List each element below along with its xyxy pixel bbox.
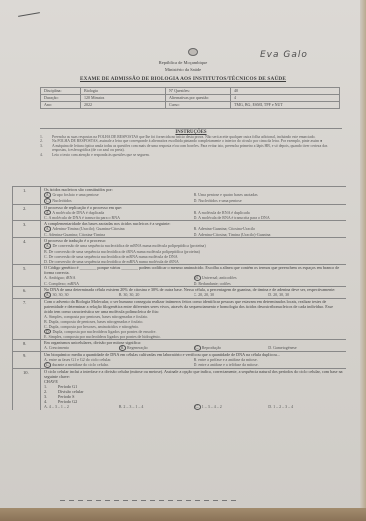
question-number: 7. <box>13 299 41 340</box>
answer-option[interactable]: D. 20, 30, 30 <box>268 292 343 298</box>
option-text: Simples, composta por nucleotídeos ligad… <box>48 334 160 339</box>
question-4: 4.O processo de tradução é o processo:A.… <box>13 237 346 264</box>
answer-options: A. CrescimentoB. RegeneraçãoC. Reproduçã… <box>44 345 343 351</box>
info-cell-label2: Alternativas por questão: <box>166 95 231 102</box>
option-text: Grupo fosfato e uma pentose <box>52 192 98 197</box>
question-stem: O Código genético é ________ porque vári… <box>44 265 343 275</box>
question-9: 9.Um bioquímico mediu a quantidade de DN… <box>13 351 346 368</box>
answer-options: A. Adenina-Timina (Uracilo); Guanina-Cit… <box>44 226 343 237</box>
option-letter: B. <box>119 292 123 297</box>
info-cell-value: 120 Minutos <box>81 95 166 102</box>
question-2: 2.O processo de replicação é o processo … <box>13 204 346 221</box>
question-number: 5. <box>13 265 41 286</box>
option-letter: D. <box>268 292 272 297</box>
answer-option[interactable]: C. A molécula de DNA é transcrita para o… <box>44 215 194 220</box>
answer-option[interactable]: C. Nucleótidos <box>44 198 194 204</box>
circled-option-letter: B. <box>119 345 126 351</box>
option-text: Complexo; mRNA <box>49 281 79 286</box>
option-text: Reprodução <box>202 345 221 350</box>
table-surface <box>0 508 366 521</box>
republic-line: República de Moçambique <box>0 60 366 65</box>
answer-options: A. Ambíguo; tRNAB. Universal; anticodões… <box>44 275 343 286</box>
option-text: De conversão de uma sequência nucleotídi… <box>52 243 205 248</box>
answer-option[interactable]: D. Nucleótidos e uma pentose <box>194 198 344 204</box>
answer-option[interactable]: C. Adenina-Guanina; Citosina-Timina <box>44 232 194 237</box>
option-text: Adenina-Guanina; Citosina-Timina <box>48 232 105 237</box>
answer-options: A. Grupo fosfato e uma pentoseB. Uma pen… <box>44 192 343 204</box>
emblem-icon <box>188 48 198 56</box>
option-text: 30, 30, 30 <box>52 292 68 297</box>
answer-options: A. 30, 30, 30B. 30, 30, 20C. 20, 20, 30D… <box>44 292 343 298</box>
question-body: O Código genético é ________ porque vári… <box>41 265 346 286</box>
info-cell-label2: Nº Questões: <box>166 88 231 95</box>
option-text: 20, 30, 30 <box>273 292 289 297</box>
answer-option[interactable]: D. Adenina-Citosina; Timina (Uracilo)-Gu… <box>194 232 344 237</box>
question-10: 10.O ciclo celular inclui a interfase e … <box>13 368 346 410</box>
answer-option[interactable]: C. 20, 20, 30 <box>194 292 269 298</box>
info-cell-label: Duração: <box>41 95 81 102</box>
question-number: 6. <box>13 287 41 298</box>
question-5: 5.O Código genético é ________ porque vá… <box>13 264 346 286</box>
option-text: 4 – 3 – 1 – 2 <box>49 404 69 409</box>
option-letter: D. <box>194 281 198 286</box>
answer-option[interactable]: D. entre a anáfase e a telófase da mitos… <box>194 362 344 368</box>
info-row: Duração:120 MinutosAlternativas por ques… <box>41 95 340 102</box>
question-body: O processo de tradução é o processo:A. D… <box>41 238 346 264</box>
answer-option[interactable]: C. Reprodução <box>194 345 269 351</box>
option-letter: E. <box>44 334 47 339</box>
question-stem: Com o advento da Biologia Molecular, o s… <box>44 299 343 314</box>
info-cell-value: 2022 <box>81 102 166 109</box>
option-text: A molécula de RNA é duplicada <box>198 210 250 215</box>
question-number: 1. <box>13 187 41 204</box>
answer-options: A. De conversão de uma sequência nucleot… <box>44 243 343 264</box>
paper-edge <box>360 0 366 508</box>
question-body: Em organismos unicelulares, divisão por … <box>41 340 346 351</box>
question-number: 10. <box>13 369 41 410</box>
option-letter: B. <box>194 226 198 231</box>
option-letter: A. <box>44 404 48 409</box>
option-letter: D. <box>44 259 48 264</box>
option-text: De conversão de uma sequência nucleotídi… <box>49 259 179 264</box>
option-letter: C. <box>194 292 198 297</box>
answer-option[interactable]: A. Crescimento <box>44 345 119 351</box>
instructions-section: INSTRUÇÕES 1.Preencha as suas respostas … <box>40 128 342 176</box>
question-7: 7.Com o advento da Biologia Molecular, o… <box>13 298 346 340</box>
answer-option[interactable]: B. 30, 30, 20 <box>119 292 194 298</box>
answer-option[interactable]: C. Complexo; mRNA <box>44 281 194 286</box>
circled-option-letter: A. <box>44 292 51 298</box>
info-cell-value2: TMG, BG, ESMI, TPF e NUT <box>231 102 340 109</box>
option-letter: C. <box>44 324 48 329</box>
option-letter: D. <box>194 198 198 203</box>
option-text: Adenina-Timina (Uracilo); Guanina-Citosi… <box>52 226 124 231</box>
answer-option[interactable]: D. 1 – 2 – 3 – 4 <box>268 404 343 410</box>
question-body: No DNA de uma determinada célula existem… <box>41 287 346 298</box>
instruction-number: 4. <box>40 153 52 157</box>
question-number: 3. <box>13 221 41 237</box>
option-letter: C. <box>44 281 48 286</box>
answer-option[interactable]: D. De conversão de uma sequência nucleot… <box>44 259 343 264</box>
option-text: A molécula de DNA é duplicada <box>52 210 104 215</box>
option-letter: D. <box>194 362 198 367</box>
option-letter: A. <box>44 275 48 280</box>
option-text: 2 – 3 – 1 – 4 <box>123 404 143 409</box>
answer-option[interactable]: E. Simples, composta por nucleotídeos li… <box>44 334 343 339</box>
question-stem: O ciclo celular inclui a interfase e a d… <box>44 369 343 379</box>
option-text: Dupla, composta por nucleotídeos ligados… <box>52 329 156 334</box>
option-text: Nucleótidos <box>52 198 71 203</box>
question-body: A complementaridade das bases azotadas n… <box>41 221 346 237</box>
info-row: Disciplina:BiologiaNº Questões:40 <box>41 88 340 95</box>
answer-option[interactable]: C. 1 – 3 – 4 – 2 <box>194 404 269 410</box>
question-3: 3.A complementaridade das bases azotadas… <box>13 220 346 237</box>
question-6: 6.No DNA de uma determinada célula exist… <box>13 286 346 298</box>
answer-option[interactable]: B. 2 – 3 – 1 – 4 <box>119 404 194 410</box>
question-number: 9. <box>13 352 41 368</box>
option-letter: D. <box>194 232 198 237</box>
answer-option[interactable]: A. 30, 30, 30 <box>44 292 119 298</box>
question-body: O processo de replicação é o processo em… <box>41 205 346 221</box>
answer-option[interactable]: C. durante a metáfase do ciclo celular. <box>44 362 194 368</box>
instruction-item: 3.A máquina de leitura óptica anula toda… <box>40 144 342 153</box>
info-cell-label2: Curso: <box>166 102 231 109</box>
answer-options: A. entre as fases G1 e G2 do ciclo celul… <box>44 357 343 368</box>
option-letter: B. <box>194 192 198 197</box>
option-letter: D. <box>268 345 272 350</box>
option-text: Universal; anticodões <box>202 275 237 280</box>
option-text: Redundante; codões <box>198 281 230 286</box>
ministry-line: Ministério da Saúde <box>0 67 366 72</box>
circled-option-letter: C. <box>194 345 201 351</box>
info-cell-value: Biologia <box>81 88 166 95</box>
answer-option[interactable]: D. A molécula de RNA é transcrita para o… <box>194 215 344 220</box>
option-text: Nucleótidos e uma pentose <box>198 198 241 203</box>
answer-options: A. 4 – 3 – 1 – 2B. 2 – 3 – 1 – 4C. 1 – 3… <box>44 404 343 410</box>
circled-option-letter: C. <box>44 362 51 368</box>
option-text: 30, 30, 20 <box>123 292 139 297</box>
question-body: Com o advento da Biologia Molecular, o s… <box>41 299 346 340</box>
option-text: Adenina-Citosina; Timina (Uracilo)-Guani… <box>198 232 270 237</box>
option-letter: D. <box>268 404 272 409</box>
option-letter: B. <box>194 210 198 215</box>
info-cell-value2: 40 <box>231 88 340 95</box>
answer-option[interactable]: A. 4 – 3 – 1 – 2 <box>44 404 119 410</box>
circled-option-letter: C. <box>194 404 201 410</box>
option-text: A molécula de RNA é transcrita para o DN… <box>198 215 270 220</box>
option-text: Regeneração <box>127 345 148 350</box>
option-letter: A. <box>44 345 48 350</box>
answer-options: A. A molécula de DNA é duplicadaB. A mol… <box>44 210 343 221</box>
option-text: Gametogénese <box>273 345 297 350</box>
instruction-number: 3. <box>40 144 52 153</box>
option-letter: B. <box>119 404 123 409</box>
option-text: Ambíguo; tRNA <box>49 275 76 280</box>
question-number: 4. <box>13 238 41 264</box>
option-text: Adenina-Guanina; Citosina-Uracilo <box>198 226 255 231</box>
exam-title: EXAME DE ADMISSÃO DE BIOLOGIA AOS INSTIT… <box>80 76 330 82</box>
question-body: Um bioquímico mediu a quantidade de DNA … <box>41 352 346 368</box>
info-cell-label: Ano: <box>41 102 81 109</box>
handwritten-name: Eva Galo <box>260 50 308 60</box>
answer-options: A. Simples, composta por pentoses, bases… <box>44 314 343 340</box>
answer-option[interactable]: B. Regeneração <box>119 345 194 351</box>
option-text: durante a metáfase do ciclo celular. <box>52 362 108 367</box>
question-body: O ciclo celular inclui a interfase e a d… <box>41 369 346 410</box>
answer-option[interactable]: D. Redundante; codões <box>194 281 344 286</box>
exam-info-table: Disciplina:BiologiaNº Questões:40Duração… <box>40 87 340 109</box>
question-number: 8. <box>13 340 41 351</box>
instruction-text: A máquina de leitura óptica anula todas … <box>52 144 342 153</box>
info-cell-value2: 4 <box>231 95 340 102</box>
option-text: Crescimento <box>49 345 69 350</box>
option-text: 1 – 3 – 4 – 2 <box>202 404 222 409</box>
scribble-mark <box>60 500 240 501</box>
option-text: Uma pentose e quatro bases azotadas <box>198 192 257 197</box>
answer-option[interactable]: D. Gametogénese <box>268 345 343 351</box>
question-body: Os ácidos nucleicos são constituídos por… <box>41 187 346 204</box>
option-text: A molécula de DNA é transcrita para o RN… <box>48 215 120 220</box>
info-cell-label: Disciplina: <box>41 88 81 95</box>
questions-list: 1.Os ácidos nucleicos são constituídos p… <box>12 186 346 410</box>
circled-option-letter: C. <box>44 198 51 204</box>
info-row: Ano:2022Curso:TMG, BG, ESMI, TPF e NUT <box>41 102 340 109</box>
option-text: entre a anáfase e a telófase da mitose. <box>198 362 258 367</box>
question-1: 1.Os ácidos nucleicos são constituídos p… <box>13 186 346 204</box>
question-number: 2. <box>13 205 41 221</box>
instruction-text: Leia o texto com atenção e responda às q… <box>52 153 150 157</box>
question-8: 8.Em organismos unicelulares, divisão po… <box>13 339 346 351</box>
option-text: 1 – 2 – 3 – 4 <box>273 404 293 409</box>
option-text: 20, 20, 30 <box>198 292 214 297</box>
instruction-item: 4.Leia o texto com atenção e responda às… <box>40 153 342 157</box>
option-letter: D. <box>194 215 198 220</box>
